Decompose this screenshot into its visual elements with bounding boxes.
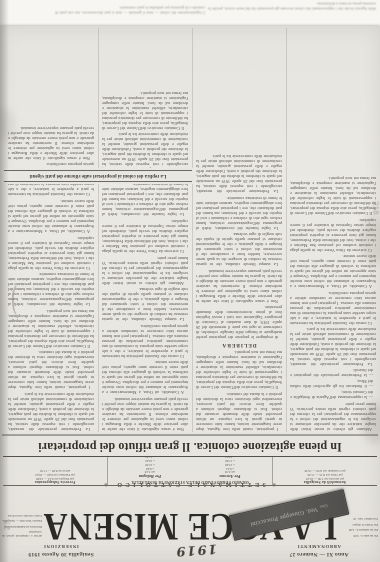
- timetable-col-header: Per Bologna: [110, 474, 190, 479]
- body-paragraph: Non è senza significato il fatto che anc…: [102, 397, 188, 432]
- handwritten-year: 1919: [174, 541, 217, 559]
- abbonamenti-row: Per l'estero il doppio: [344, 522, 378, 526]
- issue-number: Anno XI — Numero 27: [260, 551, 378, 557]
- body-paragraph: Abbiamo già riferito ai nostri lettori d…: [102, 256, 188, 286]
- body-subhead: DELIBERA: [196, 342, 282, 347]
- body-paragraph: Il Comitato esecutivo dell'Unione del La…: [102, 91, 188, 131]
- body-paragraph: La Federazione provinciale dei mezzadri,…: [290, 327, 376, 367]
- timetable-col-ancona: Per Ancona ore 6,35» 9,12» 13,48» 17,06»…: [190, 454, 270, 480]
- body-paragraph: I proprietari, riuniti nella loro Agrari…: [196, 392, 282, 432]
- body-paragraph: Il Comitato esecutivo dell'Unione del La…: [8, 309, 94, 349]
- abbonamenti-row: Per un anno L. 5,00: [344, 533, 378, 537]
- body-paragraph: Le leghe bianche del circondario, fedeli…: [8, 272, 94, 307]
- timetable-col-bologna: Per Bologna ore 5,18» 8,46» 12,59» 16,22…: [110, 454, 190, 480]
- timetable-box-right-rows: per Pergola ore 6,12 — 14,08per Fabriano…: [5, 468, 105, 480]
- sticker-name: Ved. Giuseppe Procaccini: [249, 506, 318, 527]
- sticker-subtext: Gina: [320, 504, 329, 511]
- body-paragraph: Il Comitato esecutivo dell'Unione del La…: [196, 350, 282, 390]
- scanned-newspaper-photo: { "colors":{"paper":"#e9e7e1","backgroun…: [0, 0, 380, 562]
- body-paragraph: Ci scrivono da Ostra Vetere che in quell…: [102, 219, 188, 254]
- body-paragraph: — la rappresentanza dell'Agraria di Seni…: [290, 390, 376, 400]
- pencil-number-218: 218: [371, 201, 379, 214]
- body-paragraph: Ci consta che l'autorità prefettizia ha …: [102, 324, 188, 359]
- body-column-2: I proprietari, riuniti nella loro Agrari…: [196, 28, 282, 432]
- column-rule: [192, 28, 193, 432]
- body-paragraph: Non è senza significato il fatto che anc…: [196, 269, 282, 304]
- body-paragraph: — il Sindacato fra gli agricoltori della…: [290, 379, 376, 389]
- timetable-ancona-rows: ore 6,35» 9,12» 13,48» 17,06» 20,54: [190, 454, 270, 474]
- body-paragraph: La Federazione provinciale dei mezzadri,…: [196, 154, 282, 194]
- newspaper-sheet: Anno XI — Numero 27 ABBONAMENTI Per un a…: [0, 26, 380, 562]
- main-headline: In piena agitazione colonica. Il gran ri…: [2, 434, 378, 455]
- scanner-background-band: L'organizzazione dei coloni — nota il gi…: [0, 0, 380, 26]
- timetable-bologna-rows: ore 5,18» 8,46» 12,59» 16,22» 21,37: [110, 454, 190, 474]
- timetable-box-left-rows: per Arcevia ore 7,30 — 16,10per Ostra or…: [275, 468, 375, 480]
- newspaper-scan: L'organizzazione dei coloni — nota il gi…: [0, 0, 380, 562]
- timetable-row: per Corinaldo ore 6,50 — 15,30: [275, 468, 375, 472]
- body-paragraph: La Federazione provinciale dei mezzadri,…: [8, 392, 94, 432]
- abbonamenti-row: Un numero cent. 10: [344, 517, 378, 521]
- timetable-col-header: Per Ancona: [190, 474, 270, 479]
- timetable-row: arrivi ore 8,05 — 17,55: [5, 468, 105, 472]
- body-column-3: Non è senza significato il fatto che anc…: [102, 28, 188, 432]
- body-paragraph: A Corinaldo, ad Ostra, a Montemarciano e…: [8, 199, 94, 234]
- abbonamenti-box: Per un anno L. 5,00Per un semestre L. 3,…: [344, 515, 378, 537]
- abbonamenti-row: Per un semestre L. 3,00: [344, 528, 378, 532]
- offcut-text-fragment: L'organizzazione dei coloni — nota il gi…: [55, 5, 205, 14]
- body-paragraph: Ci scrivono da Ostra Vetere che in quell…: [8, 236, 94, 271]
- article-body: Abbiamo già riferito ai nostri lettori d…: [4, 28, 376, 432]
- body-paragraph: Ci consta che l'autorità prefettizia ha …: [290, 291, 376, 326]
- body-paragraph: Le leghe bianche del circondario, fedeli…: [196, 196, 282, 231]
- pencil-paren-mark: ): [10, 281, 17, 320]
- body-paragraph: — la Federazione provinciale dei proprie…: [290, 368, 376, 378]
- two-column-subhead: La replica dei coloni ai proprietari sul…: [4, 170, 192, 182]
- issue-date: Senigallia 30 Agosto 1919: [2, 551, 120, 557]
- body-paragraph: Le leghe bianche del circondario, fedeli…: [102, 182, 188, 217]
- timetable-box-right: Ferrovia Subappennina per Pergola ore 6,…: [3, 457, 107, 485]
- railway-timetable-title: ORARIO FERROVIARIO DELLA STAZIONE DI SEN…: [110, 480, 270, 484]
- photo-edge-shadow: [0, 0, 9, 562]
- body-paragraph: La stampa liberale cittadina, che in que…: [102, 287, 188, 322]
- timetable-box-left: Automobili da Senigallia per Arcevia ore…: [273, 457, 377, 485]
- offcut-text-fragment: della Agraria locale che i rappresentant…: [208, 1, 376, 10]
- body-paragraph: I proprietari, riuniti nella loro Agrari…: [8, 350, 94, 390]
- column-rule: [98, 28, 99, 432]
- railway-timetable: ORARIO FERROVIARIO DELLA STAZIONE DI SEN…: [107, 457, 273, 485]
- body-paragraph: A Corinaldo, ad Ostra, a Montemarciano e…: [290, 254, 376, 289]
- body-paragraph: La stampa liberale cittadina, che in que…: [196, 232, 282, 267]
- timetable-strip: Automobili da Senigallia per Arcevia ore…: [3, 456, 377, 486]
- upside-down-page-content: Anno XI — Numero 27 ABBONAMENTI Per un a…: [0, 26, 380, 562]
- body-paragraph: di respingere le proposte dei proprietar…: [196, 305, 282, 340]
- body-paragraph: La Federazione provinciale dei mezzadri,…: [102, 132, 188, 172]
- body-paragraph: Il Comitato esecutivo dell'Unione del La…: [290, 176, 376, 216]
- body-paragraph: A Corinaldo, ad Ostra, a Montemarciano e…: [102, 360, 188, 395]
- column-rule: [286, 28, 287, 432]
- body-paragraph: Non è senza significato il fatto che anc…: [8, 126, 94, 161]
- body-column-4: La Federazione provinciale dei mezzadri,…: [8, 28, 94, 432]
